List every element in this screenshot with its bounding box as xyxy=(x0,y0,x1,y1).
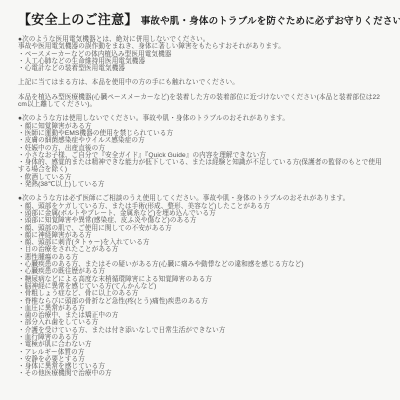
text-line: ・介護を受けている方、または付き添いなしで日常生活ができない方 xyxy=(18,327,383,334)
text-line: ・妊娠中の方、出産直後の方 xyxy=(18,145,383,152)
text-line: ・糖尿病などによる高度な末梢循環障害による知覚障害のある方 xyxy=(18,276,383,283)
text-line: ・骨粗しょう症など、骨に以上のある方 xyxy=(18,290,383,297)
text-line: ・発熱(38℃以上)している方 xyxy=(18,181,383,188)
text-line: ・身体的、感覚的または精神できな能力が低下している、または経験と知識が不足してい… xyxy=(18,159,383,174)
section-do-not-touch: 上記に当てはまる方は、本品を使用中の方の手にも触れないでください。 xyxy=(18,79,383,86)
section-do-not-use: ●次のような方は使用しないでください。事故や肌・身体のトラブルのおそれがあります… xyxy=(18,115,383,188)
text-line: ・心電計などの装着型医用電気機器 xyxy=(18,65,383,72)
text-line: ・その他医療機関で治療中の方 xyxy=(18,370,383,377)
text-line: 本品を植込み型医療機器(心臓ペースメーカーなど)を装着した方の装着部位に近づけな… xyxy=(18,94,383,109)
text-line: ・ペースメーカーなどの体内植込み型医用電気機器 xyxy=(18,51,383,58)
text-line: ・脊椎ならびに頭部の骨折など急性(疼(とう)痛性)疾患のある方 xyxy=(18,298,383,305)
text-line: ・顔に知覚障害がある方 xyxy=(18,123,383,130)
section-consult-doctor: ●次のような方は必ず医師にご相談のうえ使用してください。事故や肌・身体のトラブル… xyxy=(18,195,383,377)
safety-notice-document: 【安全上のご注意】事故や肌・身体のトラブルを防ぐために必ずお守りください。 ●次… xyxy=(0,0,400,400)
text-line: 事故や医用電気機器の誤作動をまねき、身体に著しい障害をもたらすおそれがあります。 xyxy=(18,43,383,50)
title-bracket: 【安全上のご注意】 xyxy=(18,12,138,27)
section-implant-distance: 本品を植込み型医療機器(心臓ペースメーカーなど)を装着した方の装着部位に近づけな… xyxy=(18,94,383,109)
text-line: ●次のような方は必ず医師にご相談のうえ使用してください。事故や肌・身体のトラブル… xyxy=(18,195,383,202)
text-line: ・血圧に異常がある方 xyxy=(18,305,383,312)
section-medical-devices: ●次のような医用電気機器とは、絶対に併用しないでください。 事故や医用電気機器の… xyxy=(18,36,383,72)
text-line: ・目の治療をされたことがある方 xyxy=(18,246,383,253)
page-title: 【安全上のご注意】事故や肌・身体のトラブルを防ぐために必ずお守りください。 xyxy=(18,9,383,29)
text-line: ●次のような方は使用しないでください。事故や肌・身体のトラブルのおそれがあります… xyxy=(18,115,383,122)
text-line: ・心臓疾患の既往歴がある方 xyxy=(18,268,383,275)
text-line: ・悪性腫瘍のある方 xyxy=(18,254,383,261)
title-subtitle: 事故や肌・身体のトラブルを防ぐために必ずお守りください。 xyxy=(141,16,400,27)
text-line: ・部分入れ歯をしている方 xyxy=(18,319,383,326)
text-line: 上記に当てはまる方は、本品を使用中の方の手にも触れないでください。 xyxy=(18,79,383,86)
text-line: ・飲酒している方 xyxy=(18,174,383,181)
text-line: ・電極が肌に合わない方 xyxy=(18,341,383,348)
text-line: ・頭部に知覚障害や異常(感染症、皮ふ炎や傷など)のある方 xyxy=(18,217,383,224)
text-line: ・顔、頭部の肌で、ご使用に関しての不安がある方 xyxy=(18,225,383,232)
text-line: ・顔、頭部をケガしている方、または手術(形成、整形、美容など)したことがある方 xyxy=(18,203,383,210)
text-line: ・アレルギー体質の方 xyxy=(18,349,383,356)
text-line: ・皮膚の細菌感染症やウイルス感染症の方 xyxy=(18,137,383,144)
